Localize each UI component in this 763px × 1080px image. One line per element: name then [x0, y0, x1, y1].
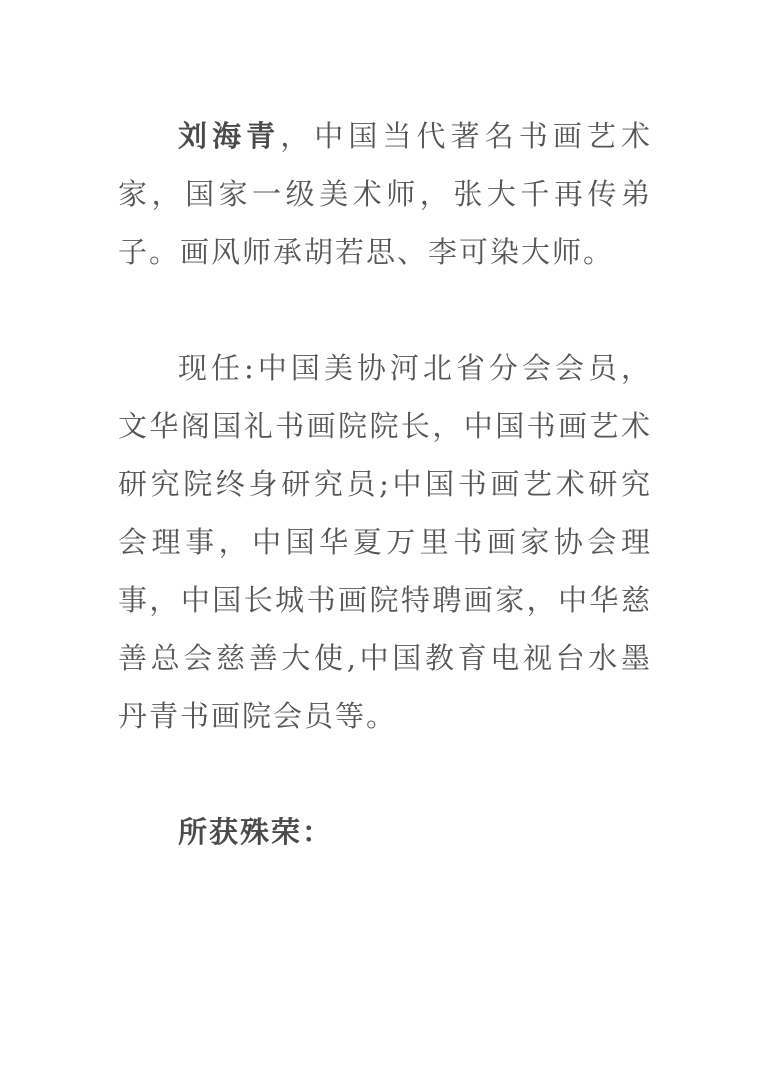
- positions-text: 现任:中国美协河北省分会会员，文华阁国礼书画院院长，中国书画艺术研究院终身研究员…: [118, 351, 652, 733]
- bio-paragraph: 刘海青，中国当代著名书画艺术家，国家一级美术师，张大千再传弟子。画风师承胡若思、…: [118, 107, 652, 281]
- positions-paragraph: 现任:中国美协河北省分会会员，文华阁国礼书画院院长，中国书画艺术研究院终身研究员…: [118, 339, 652, 745]
- artist-name: 刘海青: [178, 119, 280, 153]
- honors-heading: 所获殊荣：: [178, 815, 333, 849]
- honors-heading-paragraph: 所获殊荣：: [118, 803, 652, 861]
- document-page: 刘海青，中国当代著名书画艺术家，国家一级美术师，张大千再传弟子。画风师承胡若思、…: [118, 107, 652, 861]
